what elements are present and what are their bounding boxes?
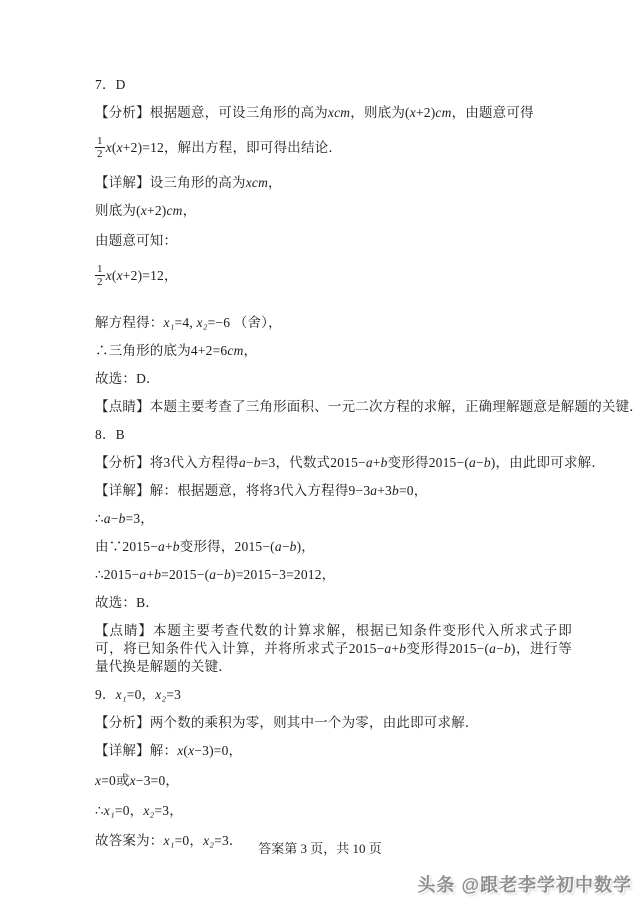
- equation-text: x(x+2)=12，: [106, 268, 178, 283]
- question-8-remark: 【点睛】本题主要考查代数的计算求解，根据已知条件变形代入所求式子即可，将已知条件…: [95, 622, 572, 676]
- question-8-detail-result: ∴2015−a+b=2015−(a−b)=2015−3=2012，: [95, 566, 572, 584]
- fraction-denominator: 2: [95, 148, 105, 160]
- answer-sheet-content: 7．D 【分析】根据题意，可设三角形的高为xcm，则底为(x+2)cm，由题意可…: [95, 76, 572, 860]
- question-7-detail-equation: 12x(x+2)=12，: [95, 260, 572, 292]
- question-7-detail-setup: 【详解】设三角形的高为xcm，: [95, 174, 572, 192]
- page-footer: 答案第 3 页，共 10 页: [0, 838, 640, 857]
- question-8-conclusion: 故选：B．: [95, 594, 572, 612]
- question-7-remark: 【点睛】本题主要考查了三角形面积、一元二次方程的求解，正确理解题意是解题的关键．: [95, 398, 572, 416]
- question-8-answer: 8．B: [95, 426, 572, 444]
- question-7-detail-known: 由题意可知：: [95, 232, 572, 250]
- watermark: 头条 @跟老李学初中数学: [417, 871, 632, 897]
- question-7-answer: 7．D: [95, 76, 572, 94]
- question-8-detail-transform: 由∵2015−a+b变形得，2015−(a−b)，: [95, 538, 572, 556]
- question-9-analysis: 【分析】两个数的乘积为零，则其中一个为零，由此即可求解．: [95, 714, 572, 732]
- question-7-detail-base: 则底为(x+2)cm，: [95, 202, 572, 220]
- question-7-base-result: ∴三角形的底为4+2=6cm，: [95, 342, 572, 360]
- question-8-detail-difference: ∴a−b=3，: [95, 510, 572, 528]
- fraction-one-half: 12: [95, 135, 105, 160]
- document-page: 7．D 【分析】根据题意，可设三角形的高为xcm，则底为(x+2)cm，由题意可…: [0, 0, 640, 905]
- question-7-analysis: 【分析】根据题意，可设三角形的高为xcm，则底为(x+2)cm，由题意可得: [95, 104, 572, 122]
- question-8-analysis: 【分析】将3代入方程得a−b=3，代数式2015−a+b变形得2015−(a−b…: [95, 454, 572, 472]
- question-9-answer: 9．x₁=0，x₂=3: [95, 686, 572, 704]
- question-9-detail-equation: 【详解】解：x(x−3)=0，: [95, 742, 572, 760]
- question-7-analysis-equation: 12x(x+2)=12，解出方程，即可得出结论．: [95, 132, 572, 164]
- question-8-detail-substitute: 【详解】解：根据题意，将将3代入方程得9−3a+3b=0，: [95, 482, 572, 500]
- fraction-numerator: 1: [95, 135, 105, 148]
- question-9-detail-cases: x=0或x−3=0，: [95, 772, 572, 790]
- question-7-conclusion: 故选：D．: [95, 370, 572, 388]
- fraction-denominator: 2: [95, 276, 105, 288]
- fraction-numerator: 1: [95, 263, 105, 276]
- question-7-solve-roots: 解方程得：x₁=4, x₂=−6 （舍），: [95, 314, 572, 332]
- fraction-one-half: 12: [95, 263, 105, 288]
- equation-text: x(x+2)=12，解出方程，即可得出结论．: [106, 140, 342, 155]
- question-9-detail-roots: ∴x₁=0，x₂=3，: [95, 802, 572, 820]
